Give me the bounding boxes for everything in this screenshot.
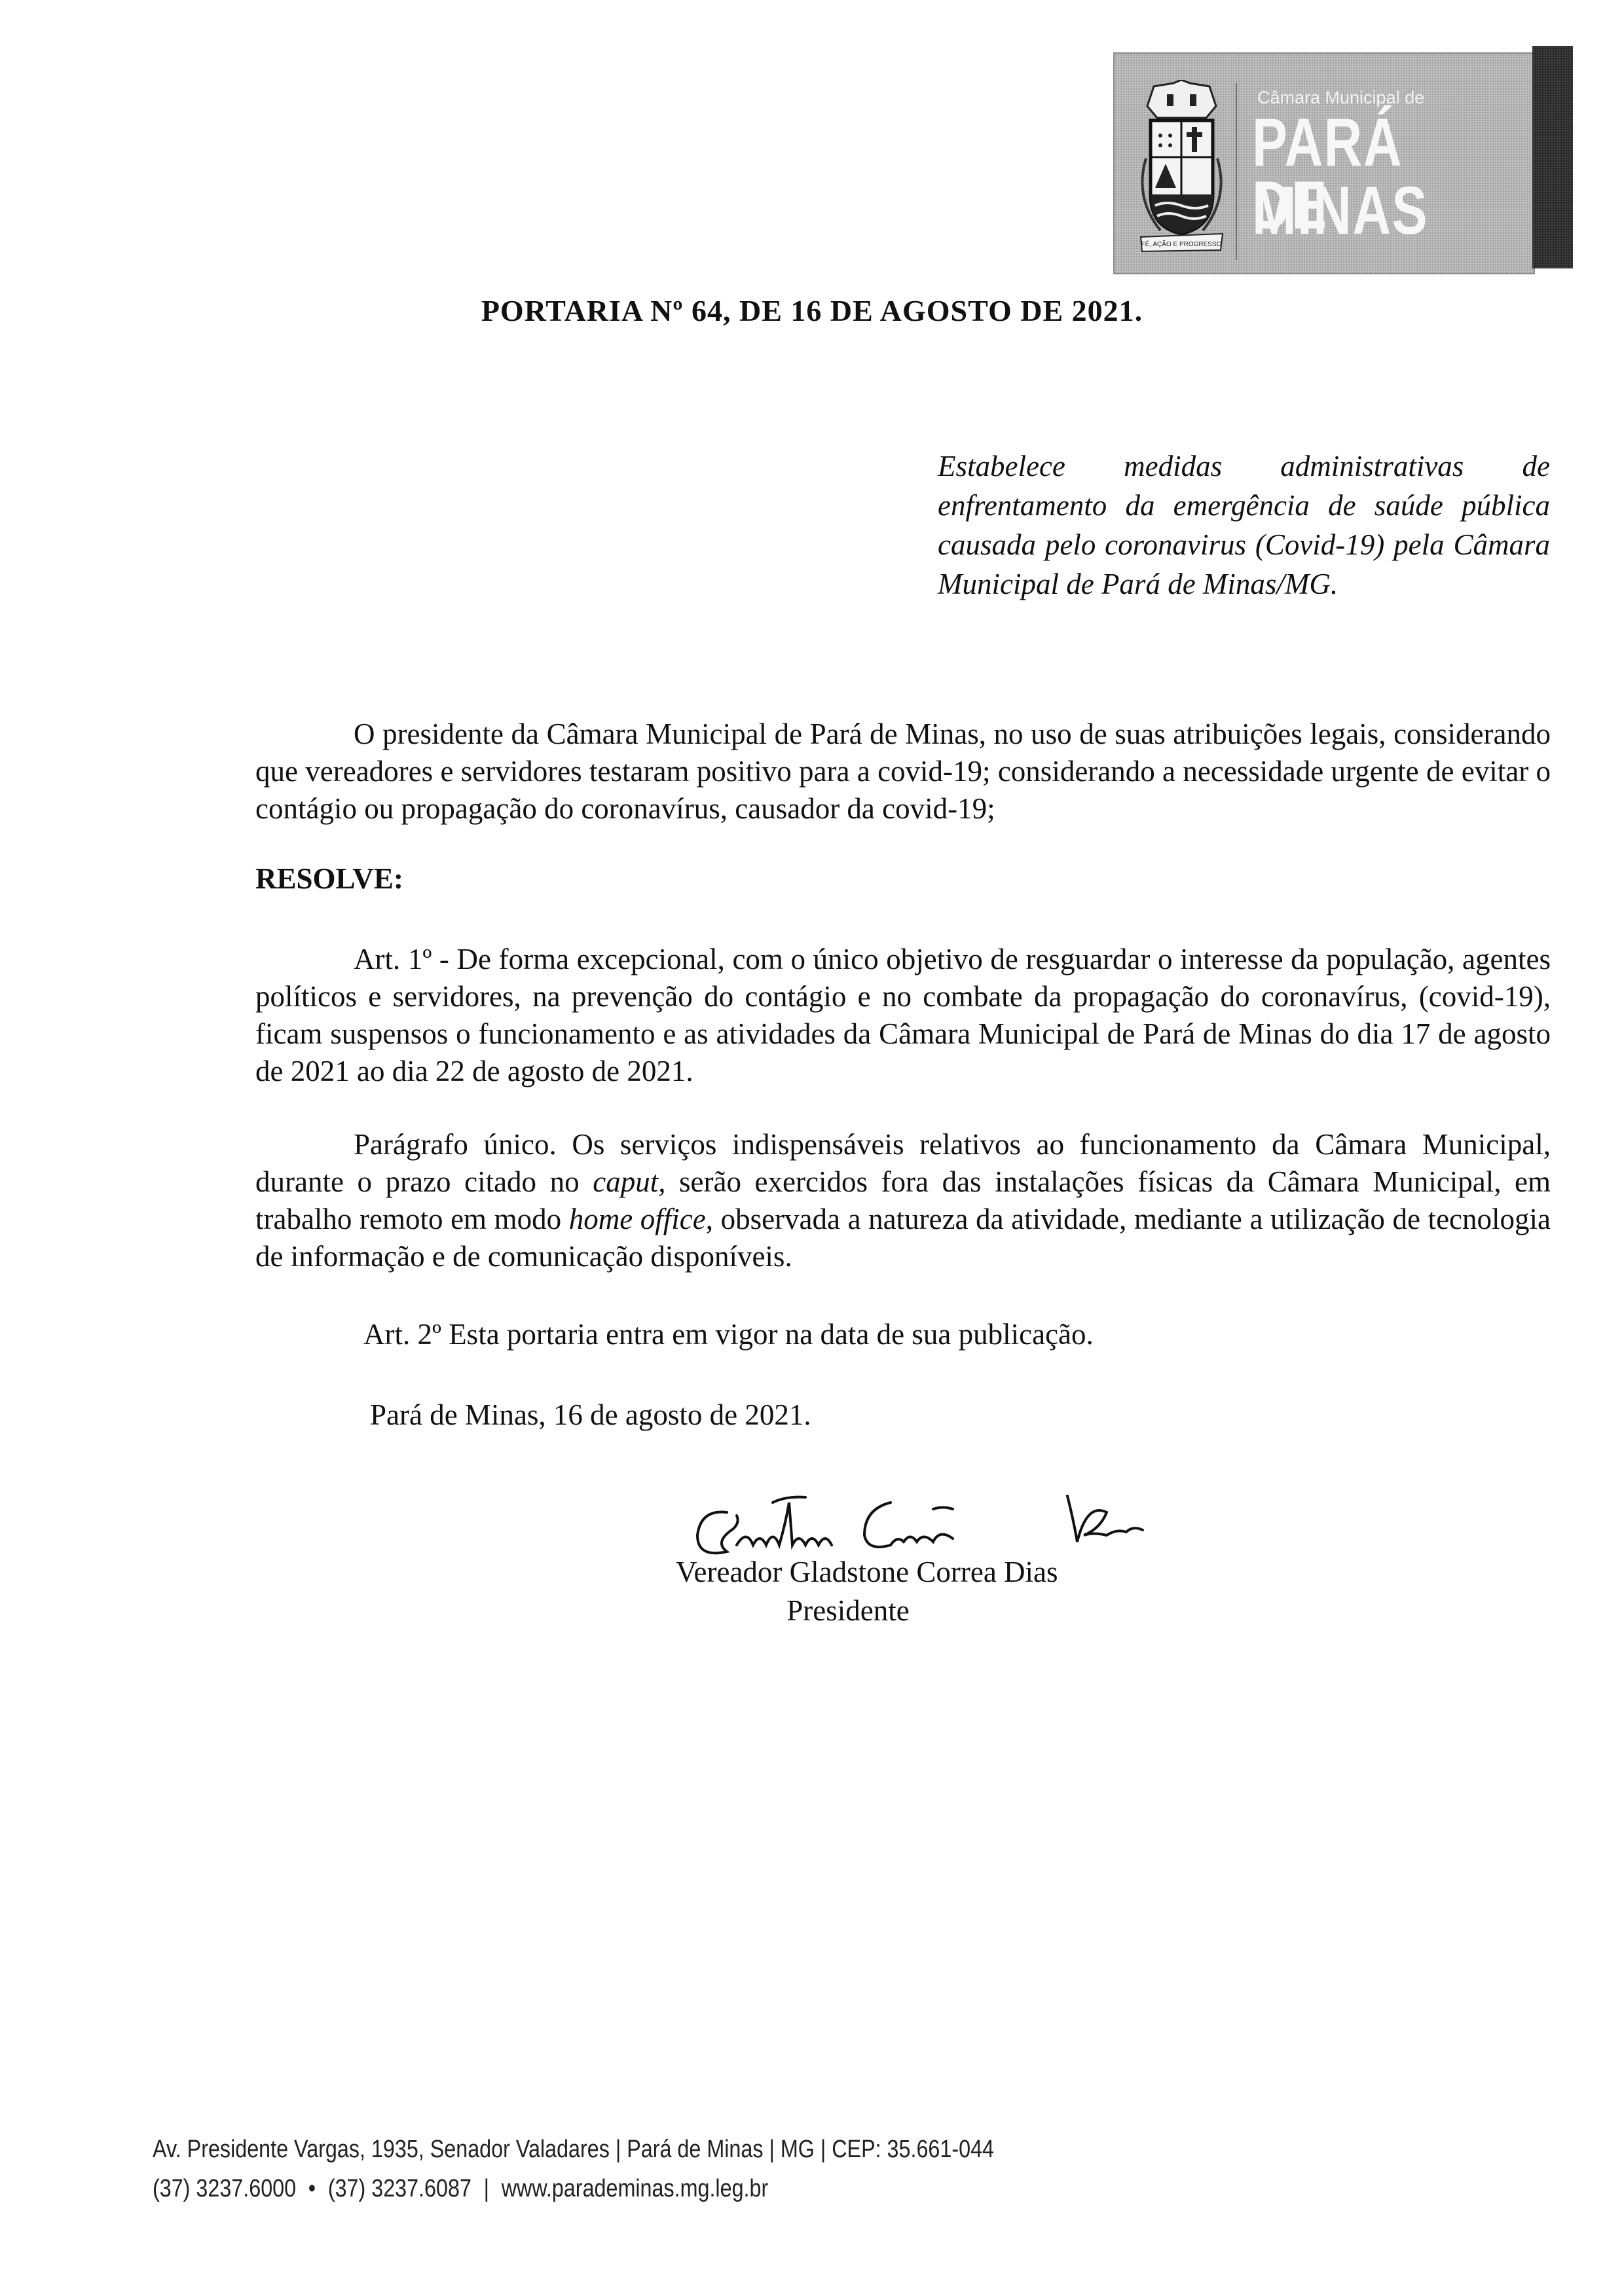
signer-role: Presidente <box>750 1594 946 1628</box>
article-1-text: Art. 1º - De forma excepcional, com o ún… <box>255 943 1551 1087</box>
footer-website: www.parademinas.mg.leg.br <box>502 2175 769 2202</box>
footer-bullet: • <box>308 2175 316 2203</box>
footer-divider: | <box>484 2175 489 2203</box>
article-2: Art. 2º Esta portaria entra em vigor na … <box>363 1317 1094 1351</box>
svg-text:FÉ, AÇÃO E PROGRESSO: FÉ, AÇÃO E PROGRESSO <box>1141 240 1222 248</box>
logo-divider <box>1236 83 1237 260</box>
footer-contacts: (37) 3237.6000•(37) 3237.6087|www.parade… <box>153 2175 768 2203</box>
resolve-heading: RESOLVE: <box>255 862 403 896</box>
logo-dark-band <box>1532 46 1573 268</box>
paragrafo-italic-home-office: home office <box>569 1203 706 1235</box>
footer-phone-2: (37) 3237.6087 <box>328 2175 471 2202</box>
article-1: Art. 1º - De forma excepcional, com o ún… <box>255 941 1551 1090</box>
place-date: Pará de Minas, 16 de agosto de 2021. <box>370 1398 811 1432</box>
preamble-text: O presidente da Câmara Municipal de Pará… <box>255 718 1551 825</box>
signer-name: Vereador Gladstone Correa Dias <box>676 1555 1058 1589</box>
document-title: PORTARIA Nº 64, DE 16 DE AGOSTO DE 2021. <box>0 293 1624 328</box>
footer-phone-1: (37) 3237.6000 <box>153 2175 296 2202</box>
logo-title-line2: MINAS <box>1252 179 1428 242</box>
logo-plate: FÉ, AÇÃO E PROGRESSO Câmara Municipal de… <box>1113 52 1535 274</box>
paragrafo-unico: Parágrafo único. Os serviços indispensáv… <box>255 1126 1551 1275</box>
paragrafo-italic-caput: caput, <box>593 1165 665 1198</box>
coat-of-arms-icon: FÉ, AÇÃO E PROGRESSO <box>1134 80 1229 257</box>
footer-address: Av. Presidente Vargas, 1935, Senador Val… <box>153 2136 994 2164</box>
preamble: O presidente da Câmara Municipal de Pará… <box>255 716 1551 828</box>
chamber-logo: FÉ, AÇÃO E PROGRESSO Câmara Municipal de… <box>1113 46 1598 272</box>
ementa: Estabelece medidas administrativas de en… <box>938 446 1550 604</box>
